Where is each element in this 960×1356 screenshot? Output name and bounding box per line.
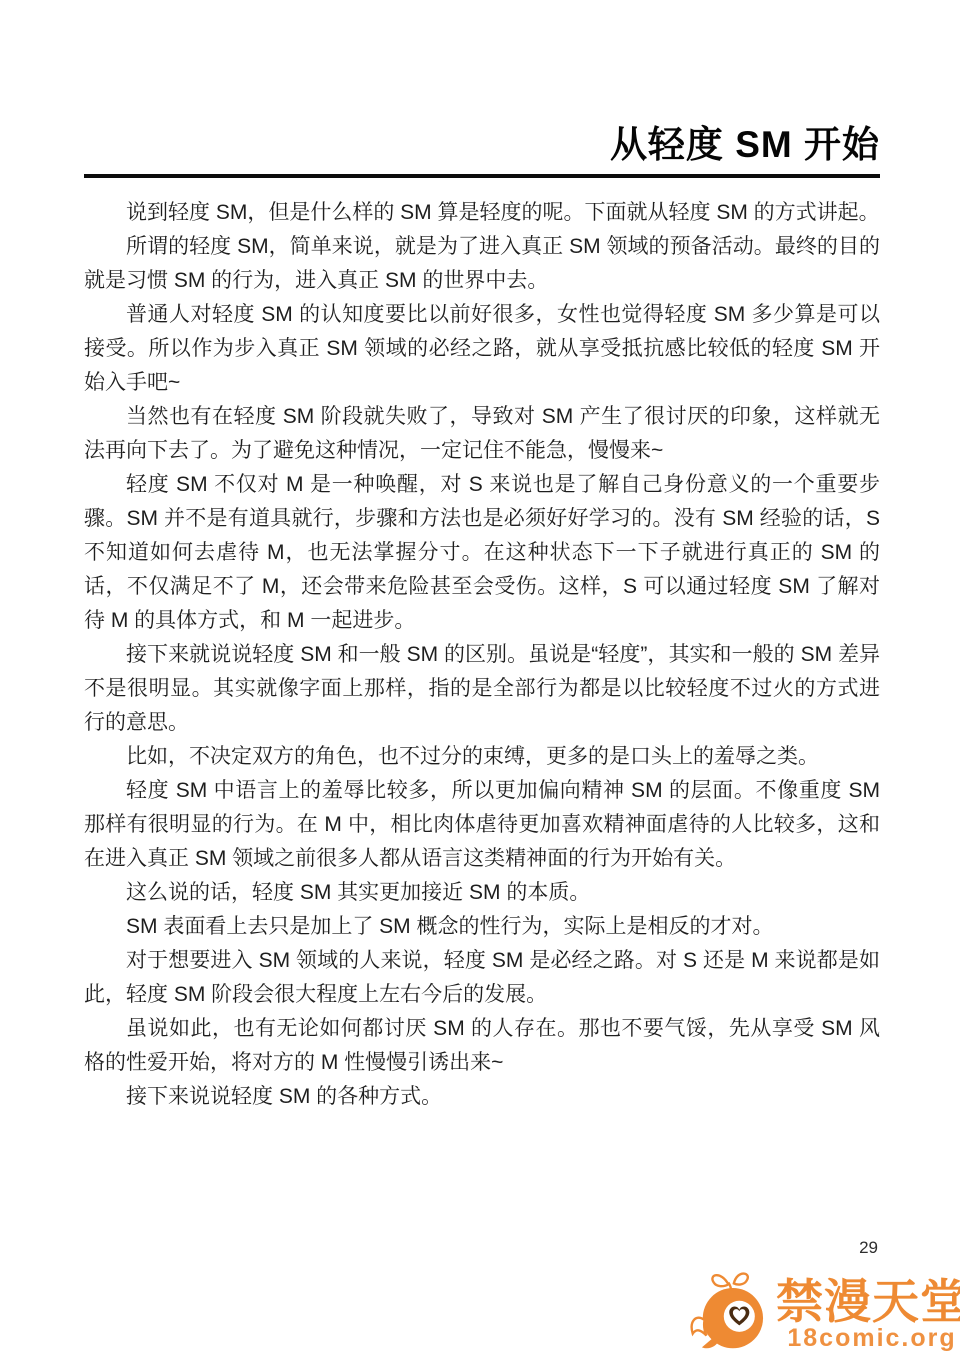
paragraph: 这么说的话，轻度 SM 其实更加接近 SM 的本质。 — [84, 876, 880, 910]
page-title: 从轻度 SM 开始 — [84, 122, 880, 168]
brand-text: 禁漫天堂 18comic.org — [776, 1278, 960, 1351]
tail-fin-icon — [692, 1318, 707, 1336]
title-divider — [84, 174, 880, 178]
paragraph: 接下来说说轻度 SM 的各种方式。 — [84, 1080, 880, 1114]
watermark-logo: 禁漫天堂 18comic.org — [690, 1264, 958, 1356]
brand-name: 禁漫天堂 — [776, 1278, 960, 1325]
paragraph: 轻度 SM 中语言上的羞辱比较多，所以更加偏向精神 SM 的层面。不像重度 SM… — [84, 774, 880, 876]
brand-url: 18comic.org — [776, 1326, 960, 1351]
body-text: 说到轻度 SM，但是什么样的 SM 算是轻度的呢。下面就从轻度 SM 的方式讲起… — [84, 196, 880, 1114]
paragraph: 普通人对轻度 SM 的认知度要比以前好很多，女性也觉得轻度 SM 多少算是可以接… — [84, 298, 880, 400]
paragraph: 说到轻度 SM，但是什么样的 SM 算是轻度的呢。下面就从轻度 SM 的方式讲起… — [84, 196, 880, 230]
mascot-whale-icon — [690, 1264, 774, 1354]
paragraph: 比如，不决定双方的角色，也不过分的束缚，更多的是口头上的羞辱之类。 — [84, 740, 880, 774]
paragraph: 当然也有在轻度 SM 阶段就失败了，导致对 SM 产生了很讨厌的印象，这样就无法… — [84, 400, 880, 468]
document-page: 从轻度 SM 开始 说到轻度 SM，但是什么样的 SM 算是轻度的呢。下面就从轻… — [0, 0, 960, 1356]
leaf-icon — [734, 1274, 748, 1285]
paragraph: 虽说如此，也有无论如何都讨厌 SM 的人存在。那也不要气馁，先从享受 SM 风格… — [84, 1012, 880, 1080]
paragraph: SM 表面看上去只是加上了 SM 概念的性行为，实际上是相反的才对。 — [84, 910, 880, 944]
paragraph: 所谓的轻度 SM，简单来说，就是为了进入真正 SM 领域的预备活动。最终的目的就… — [84, 230, 880, 298]
page-header: 从轻度 SM 开始 — [84, 122, 880, 178]
lower-fin-icon — [702, 1337, 719, 1348]
page-number: 29 — [859, 1238, 878, 1258]
leaf-icon — [712, 1275, 728, 1286]
paragraph: 轻度 SM 不仅对 M 是一种唤醒，对 S 来说也是了解自己身份意义的一个重要步… — [84, 468, 880, 638]
paragraph: 对于想要进入 SM 领域的人来说，轻度 SM 是必经之路。对 S 还是 M 来说… — [84, 944, 880, 1012]
paragraph: 接下来就说说轻度 SM 和一般 SM 的区别。虽说是“轻度”，其实和一般的 SM… — [84, 638, 880, 740]
